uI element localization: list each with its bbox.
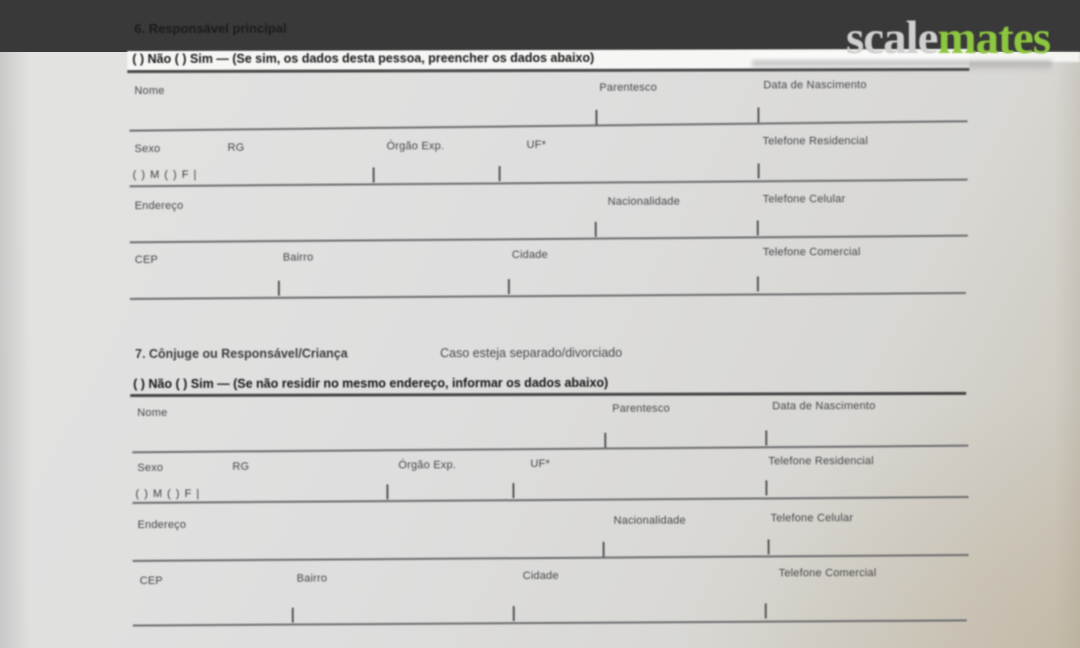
column-tick <box>765 603 767 618</box>
field-line <box>130 292 966 300</box>
column-tick <box>758 163 760 178</box>
section1-label-nome: Nome <box>134 85 164 97</box>
column-tick <box>595 222 597 237</box>
section2-label-sexo: Sexo <box>137 462 163 474</box>
section2-label-cep: CEP <box>140 575 163 587</box>
field-line <box>133 619 967 626</box>
column-tick <box>765 430 767 445</box>
column-tick <box>513 606 515 621</box>
field-line <box>130 235 968 244</box>
section2-label-tel-comercial: Telefone Comercial <box>779 567 877 579</box>
column-tick <box>386 484 388 499</box>
section1-label-tel-residencial: Telefone Residencial <box>763 135 869 147</box>
column-tick <box>757 107 759 122</box>
field-line <box>132 445 968 454</box>
section2-label-data-nascimento: Data de Nascimento <box>772 400 875 412</box>
column-tick <box>765 480 767 495</box>
section1-label-rg: RG <box>228 142 245 154</box>
form-photo-content: 6. Responsável principal ( ) Não ( ) Sim… <box>0 0 1080 648</box>
section1-checkbox-line: ( ) Não ( ) Sim — (Se sim, os dados dest… <box>132 51 594 66</box>
section1-title: 6. Responsável principal <box>134 21 286 36</box>
section1-label-parentesco: Parentesco <box>599 82 657 94</box>
section2-label-nome: Nome <box>137 407 167 419</box>
section1-label-data-nascimento: Data de Nascimento <box>763 79 866 91</box>
column-tick <box>595 110 597 125</box>
column-tick <box>373 167 375 182</box>
section1-label-cep: CEP <box>135 254 158 266</box>
section1-label-nacionalidade: Nacionalidade <box>608 196 680 208</box>
column-tick <box>768 539 770 554</box>
photographed-form-page: scalemates 6. Responsável principal ( ) … <box>0 0 1080 648</box>
column-tick <box>499 166 501 181</box>
section1-sex-checkboxes: ( ) M ( ) F | <box>133 169 198 181</box>
section2-sex-checkboxes: ( ) M ( ) F | <box>135 488 200 500</box>
section2-label-nacionalidade: Nacionalidade <box>613 515 685 527</box>
section1-label-endereco: Endereço <box>135 200 184 212</box>
section2-label-cidade: Cidade <box>523 570 559 582</box>
field-line <box>132 496 968 504</box>
section1-label-uf: UF* <box>527 139 547 151</box>
section2-checkbox-line: ( ) Não ( ) Sim — (Se não residir no mes… <box>133 376 608 391</box>
section2-label-tel-celular: Telefone Celular <box>770 512 853 524</box>
section2-label-endereco: Endereço <box>138 519 187 531</box>
watermark-text-scale: scale <box>846 12 938 64</box>
column-tick <box>604 433 606 448</box>
section2-label-bairro: Bairro <box>297 573 328 585</box>
column-tick <box>512 483 514 498</box>
section1-label-tel-celular: Telefone Celular <box>763 193 846 205</box>
section2-title: 7. Cônjuge ou Responsável/Criança <box>135 347 348 362</box>
section1-label-tel-comercial: Telefone Comercial <box>763 246 861 258</box>
section1-label-bairro: Bairro <box>283 252 314 264</box>
column-tick <box>292 608 294 623</box>
column-tick <box>757 276 759 291</box>
column-tick <box>278 281 280 296</box>
section1-label-sexo: Sexo <box>135 143 161 155</box>
section2-label-parentesco: Parentesco <box>612 403 670 415</box>
section2-label-tel-residencial: Telefone Residencial <box>768 455 874 467</box>
section2-label-uf: UF* <box>530 458 550 470</box>
section2-note: Caso esteja separado/divorciado <box>440 346 622 360</box>
scalemates-watermark: scalemates <box>846 16 1050 60</box>
field-line <box>129 120 967 132</box>
field-line <box>130 179 968 188</box>
field-line <box>133 554 969 562</box>
section2-label-orgao-exp: Órgão Exp. <box>398 459 456 471</box>
column-tick <box>603 542 605 557</box>
column-tick <box>757 220 759 235</box>
watermark-text-mates: mates <box>938 12 1050 64</box>
section1-label-cidade: Cidade <box>512 249 548 261</box>
section1-label-orgao-exp: Órgão Exp. <box>387 140 445 152</box>
column-tick <box>508 279 510 294</box>
section2-label-rg: RG <box>232 461 249 473</box>
